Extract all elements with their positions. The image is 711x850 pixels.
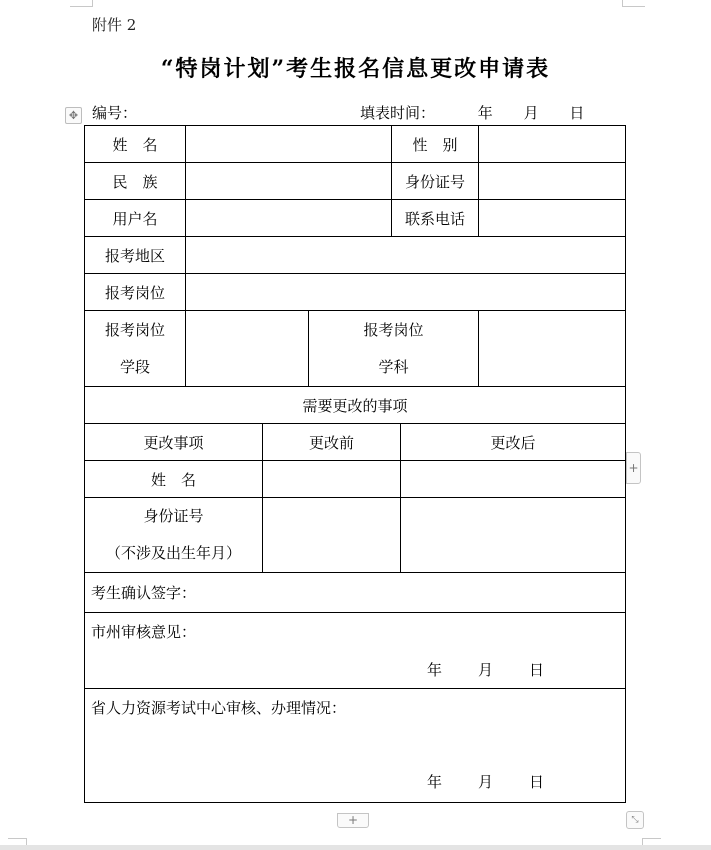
row-ethnicity-id: 民 族 身份证号 — [85, 163, 626, 200]
year-label: 年 — [478, 102, 493, 123]
gender-label: 性 别 — [392, 126, 479, 163]
attachment-label: 附件 2 — [92, 14, 136, 35]
province-review-month: 月 — [478, 771, 493, 792]
ethnicity-label: 民 族 — [85, 163, 186, 200]
phone-field[interactable] — [479, 200, 626, 237]
header-before: 更改前 — [263, 424, 401, 461]
row-changes-title: 需要更改的事项 — [85, 387, 626, 424]
change-item-id: 身份证号 （不涉及出生年月） — [85, 498, 263, 573]
ethnicity-field[interactable] — [186, 163, 392, 200]
username-label: 用户名 — [85, 200, 186, 237]
row-name-gender: 姓 名 性 别 — [85, 126, 626, 163]
row-stage-subject: 报考岗位 学段 报考岗位 学科 — [85, 311, 626, 387]
city-review-label: 市州审核意见： — [91, 613, 625, 642]
region-label: 报考地区 — [85, 237, 186, 274]
signature-field[interactable]: 考生确认签字： — [85, 573, 626, 613]
crop-mark-top-left — [70, 0, 93, 7]
province-review-label: 省人力资源考试中心审核、办理情况： — [91, 689, 625, 718]
change-id-after-field[interactable] — [401, 498, 626, 573]
username-field[interactable] — [186, 200, 392, 237]
application-form-table: 姓 名 性 别 民 族 身份证号 用户名 联系电话 报考地区 报考岗位 报考岗位… — [84, 125, 626, 803]
change-name-before-field[interactable] — [263, 461, 401, 498]
name-field[interactable] — [186, 126, 392, 163]
form-meta-row: 编号： 填表时间： 年 月 日 — [92, 102, 622, 122]
table-resize-icon[interactable]: ⤡ — [626, 811, 644, 829]
change-id-before-field[interactable] — [263, 498, 401, 573]
position-label: 报考岗位 — [85, 274, 186, 311]
row-position: 报考岗位 — [85, 274, 626, 311]
page-gap-bar — [0, 845, 711, 850]
id-label: 身份证号 — [392, 163, 479, 200]
id-field[interactable] — [479, 163, 626, 200]
stage-label: 报考岗位 学段 — [85, 311, 186, 387]
subject-field[interactable] — [479, 311, 626, 387]
row-username-phone: 用户名 联系电话 — [85, 200, 626, 237]
gender-field[interactable] — [479, 126, 626, 163]
month-label: 月 — [524, 102, 539, 123]
header-after: 更改后 — [401, 424, 626, 461]
row-signature: 考生确认签字： — [85, 573, 626, 613]
fill-time-label: 填表时间： — [360, 102, 435, 123]
table-move-handle-icon[interactable]: ✥ — [65, 107, 82, 124]
crop-mark-top-right — [622, 0, 645, 7]
region-field[interactable] — [186, 237, 626, 274]
name-label: 姓 名 — [85, 126, 186, 163]
row-province-review: 省人力资源考试中心审核、办理情况： 年 月 日 — [85, 689, 626, 803]
row-change-name: 姓 名 — [85, 461, 626, 498]
page-title: “特岗计划”考生报名信息更改申请表 — [0, 52, 711, 83]
province-review-day: 日 — [529, 771, 544, 792]
subject-label: 报考岗位 学科 — [309, 311, 479, 387]
province-review-field[interactable]: 省人力资源考试中心审核、办理情况： 年 月 日 — [85, 689, 626, 803]
number-label: 编号： — [92, 102, 137, 123]
row-city-review: 市州审核意见： 年 月 日 — [85, 613, 626, 689]
stage-label-line1: 报考岗位 — [85, 312, 185, 349]
subject-label-line2: 学科 — [309, 349, 478, 386]
add-column-icon[interactable]: + — [626, 452, 641, 484]
city-review-month: 月 — [478, 659, 493, 680]
subject-label-line1: 报考岗位 — [309, 312, 478, 349]
city-review-field[interactable]: 市州审核意见： 年 月 日 — [85, 613, 626, 689]
stage-label-line2: 学段 — [85, 349, 185, 386]
change-item-id-line2: （不涉及出生年月） — [85, 535, 262, 572]
province-review-year: 年 — [427, 771, 442, 792]
fill-time: 填表时间： 年 月 日 — [360, 102, 584, 123]
day-label: 日 — [569, 102, 584, 123]
stage-field[interactable] — [186, 311, 309, 387]
change-item-name: 姓 名 — [85, 461, 263, 498]
header-change-item: 更改事项 — [85, 424, 263, 461]
row-changes-header: 更改事项 更改前 更改后 — [85, 424, 626, 461]
row-region: 报考地区 — [85, 237, 626, 274]
change-name-after-field[interactable] — [401, 461, 626, 498]
phone-label: 联系电话 — [392, 200, 479, 237]
position-field[interactable] — [186, 274, 626, 311]
city-review-day: 日 — [529, 659, 544, 680]
row-change-id: 身份证号 （不涉及出生年月） — [85, 498, 626, 573]
changes-section-title: 需要更改的事项 — [85, 387, 626, 424]
signature-label: 考生确认签字： — [91, 584, 196, 602]
add-row-icon[interactable]: + — [337, 813, 369, 828]
city-review-year: 年 — [427, 659, 442, 680]
change-item-id-line1: 身份证号 — [85, 498, 262, 535]
